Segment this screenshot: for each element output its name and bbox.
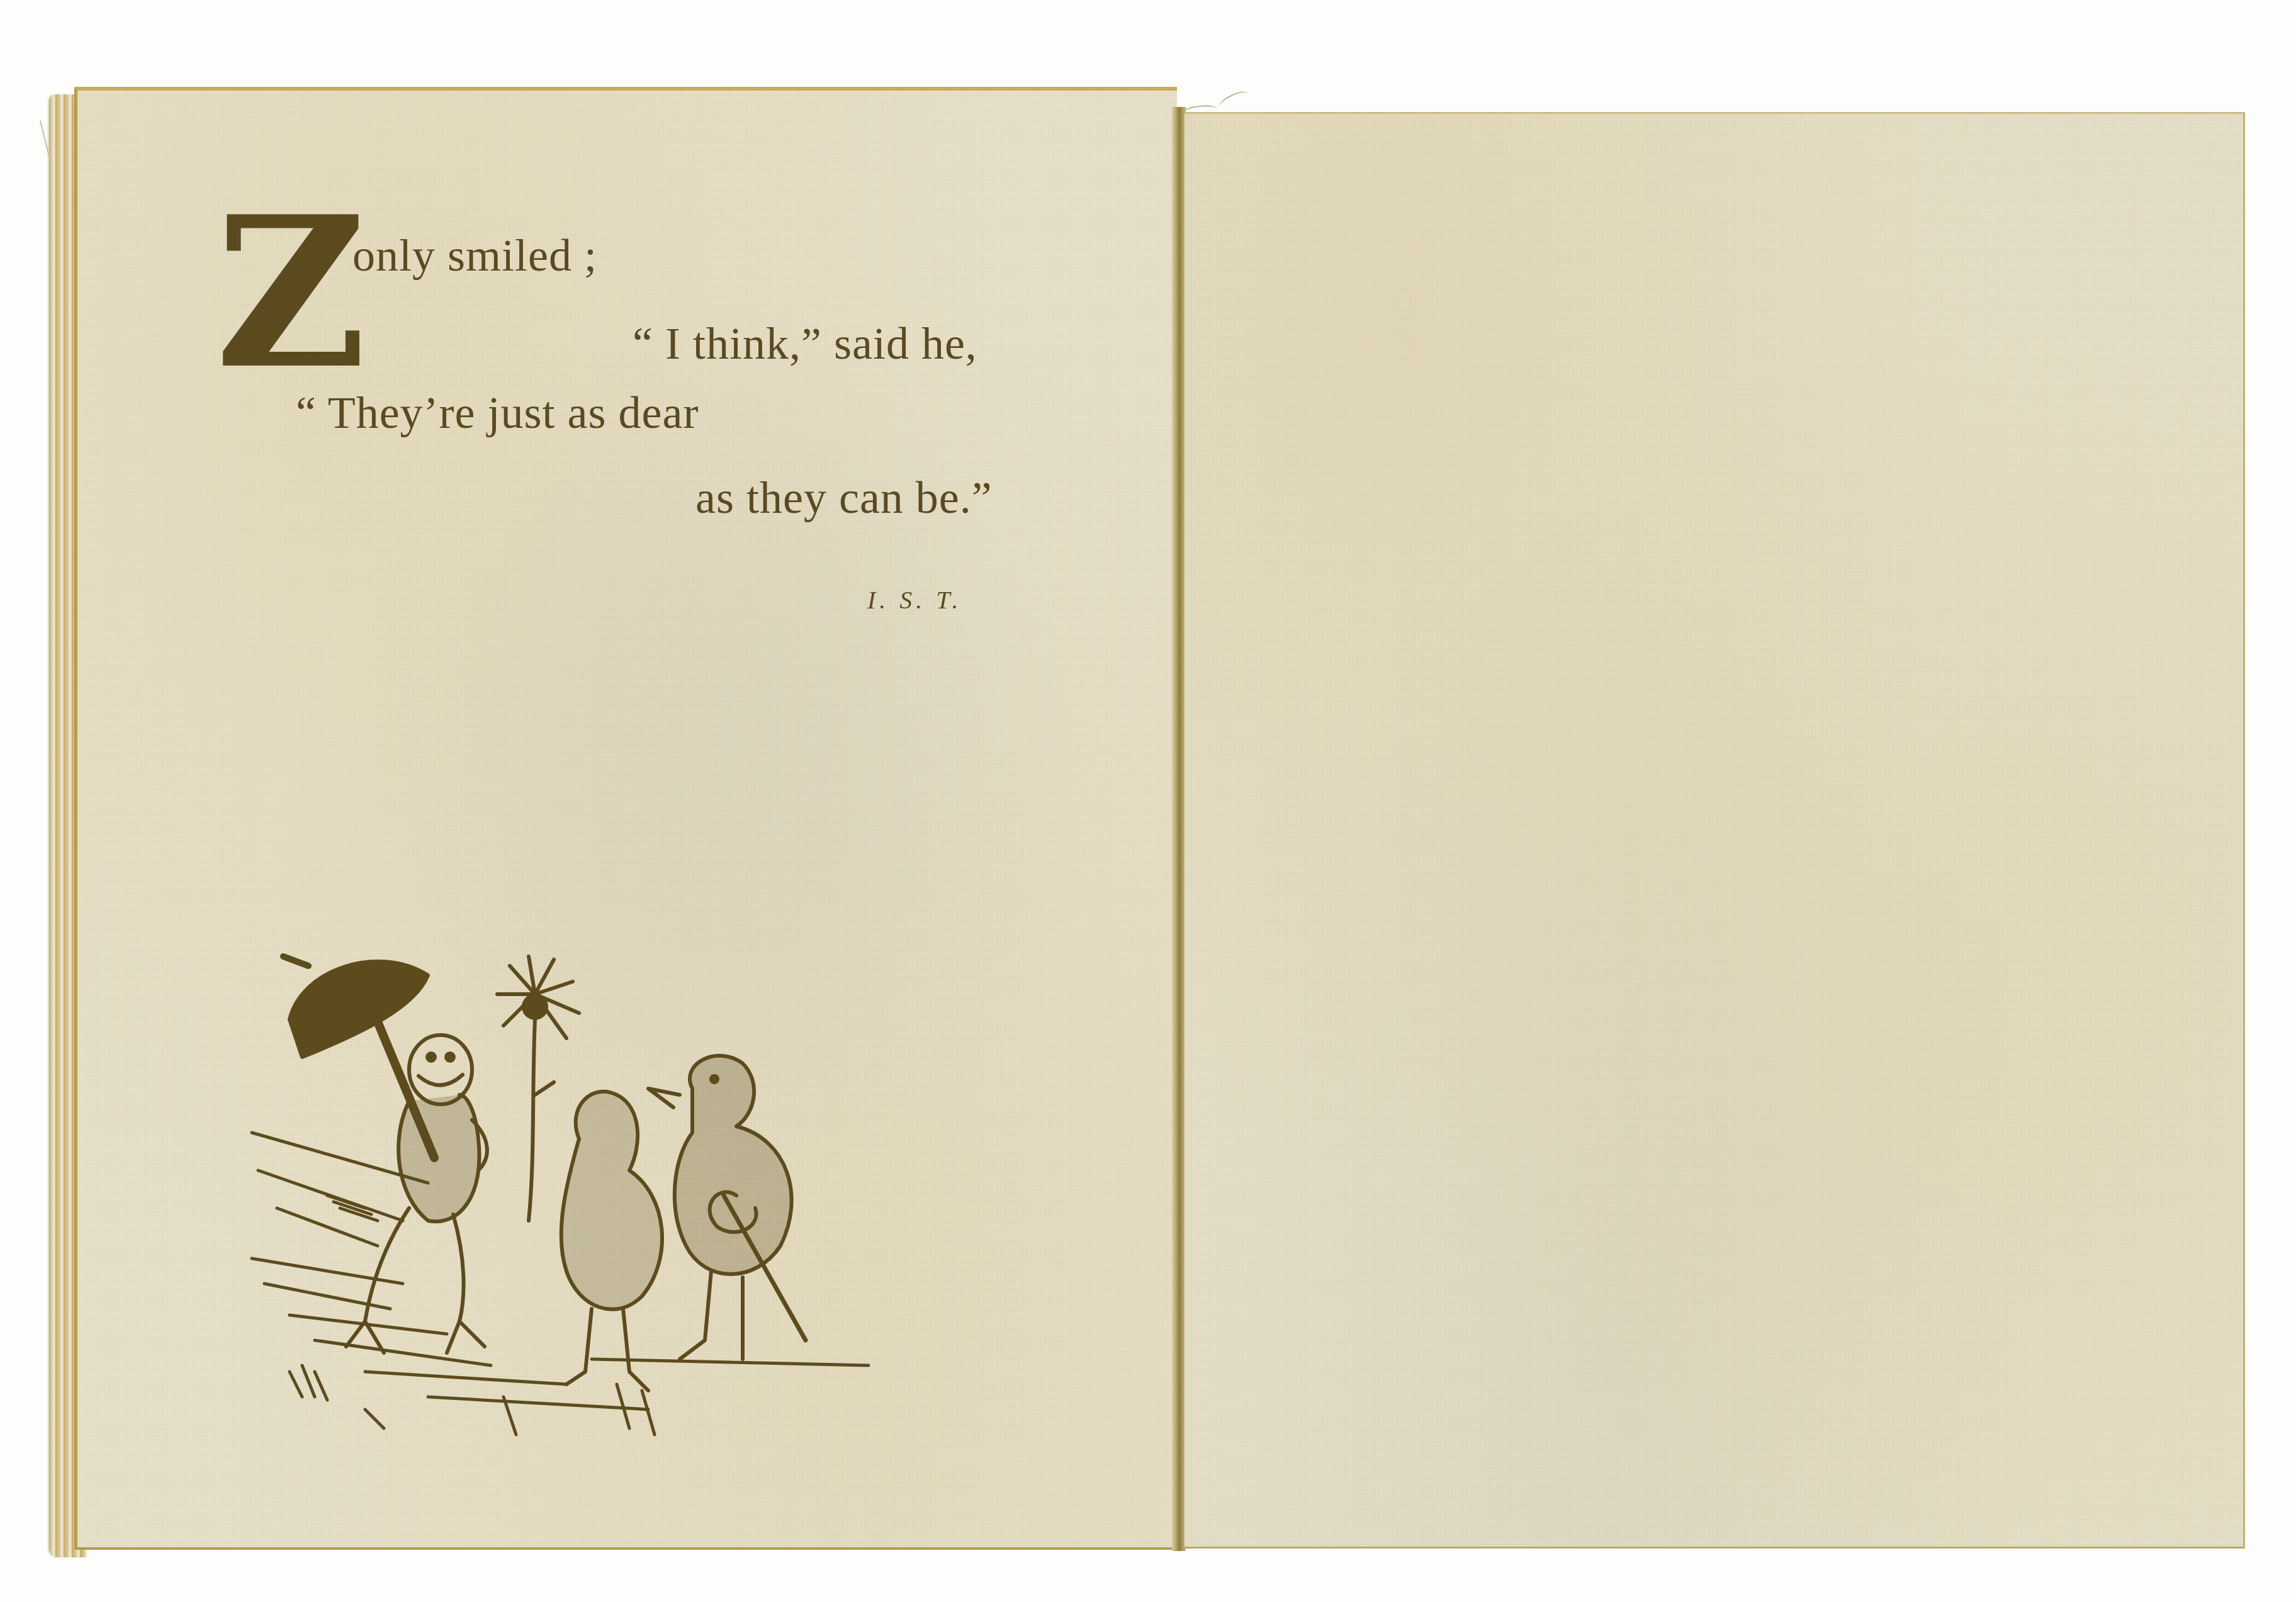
author-initials: I. S. T. bbox=[867, 585, 962, 615]
verse-line-2: “ I think,” said he, bbox=[633, 321, 977, 366]
frog-and-ducklings-illustration bbox=[239, 931, 919, 1447]
verse-line-1: only smiled ; bbox=[352, 233, 597, 278]
open-book: Z only smiled ; “ I think,” said he, “ T… bbox=[0, 0, 2296, 1602]
verse-line-4: as they can be.” bbox=[695, 475, 993, 520]
drop-cap-letter: Z bbox=[215, 189, 367, 396]
book-spine-gutter bbox=[1172, 107, 1186, 1551]
right-page-blank bbox=[1185, 112, 2245, 1549]
frog-icon bbox=[346, 1035, 487, 1353]
verse-line-3: “ They’re just as dear bbox=[296, 390, 699, 435]
loose-thread bbox=[1217, 88, 1251, 111]
duckling-with-stick-icon bbox=[648, 1056, 806, 1359]
mushroom-umbrella-icon bbox=[290, 961, 428, 1057]
duckling-icon bbox=[561, 1092, 662, 1391]
